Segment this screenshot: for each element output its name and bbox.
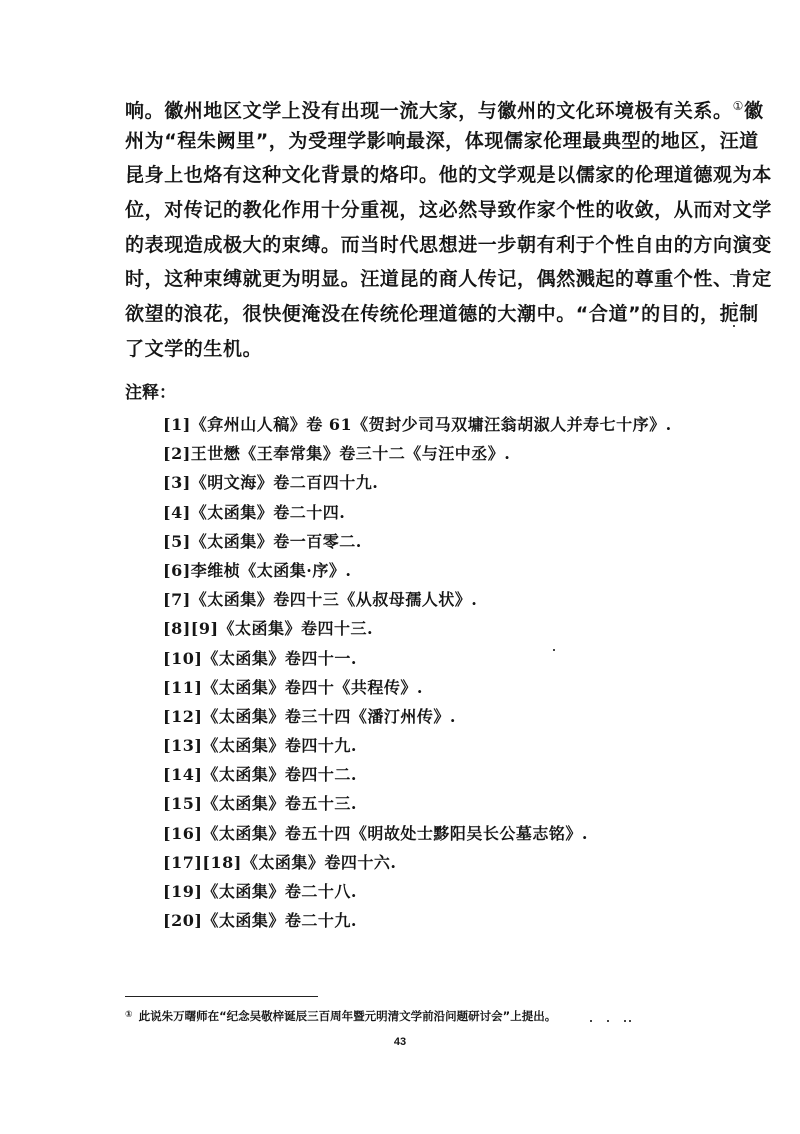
- body-line-1-trailing: 徽: [744, 100, 764, 122]
- note-item-14: [14]《太函集》卷四十二.: [163, 760, 672, 789]
- note-item-15: [15]《太函集》卷五十三.: [163, 789, 672, 818]
- page-number: 43: [0, 1036, 800, 1048]
- note-item-16: [16]《太函集》卷五十四《明故处士黟阳吴长公墓志铭》.: [163, 819, 672, 848]
- footnote-separator: [125, 996, 318, 997]
- body-line-1-text: 响。徽州地区文学上没有出现一流大家，与徽州的文化环境极有关系。: [125, 100, 733, 122]
- body-paragraph: 响。徽州地区文学上没有出现一流大家，与徽州的文化环境极有关系。①徽 州为“程朱阙…: [125, 89, 715, 367]
- body-line-7: 欲望的浪花，很快便淹没在传统伦理道德的大潮中。“合道”的目的，扼制: [125, 297, 715, 332]
- body-line-5: 的表现造成极大的束缚。而当时代思想进一步朝有利于个性自由的方向演变: [125, 228, 715, 263]
- scan-speck: [629, 1020, 631, 1022]
- footnote-text: 此说朱万曙师在“纪念吴敬梓诞辰三百周年暨元明清文学前沿问题研讨会”上提出。: [139, 1009, 557, 1023]
- scan-speck: [607, 1020, 609, 1022]
- notes-heading: 注释：: [125, 378, 176, 403]
- scan-speck: [733, 285, 735, 287]
- scan-speck: [590, 1020, 592, 1022]
- scan-speck: [733, 302, 735, 304]
- note-item-11: [11]《太函集》卷四十《共程传》.: [163, 673, 672, 702]
- note-item-6: [6]李维桢《太函集·序》.: [163, 556, 672, 585]
- note-item-8-9: [8][9]《太函集》卷四十三.: [163, 614, 672, 643]
- body-line-2: 州为“程朱阙里”，为受理学影响最深，体现儒家伦理最典型的地区，汪道: [125, 124, 715, 159]
- note-item-3: [3]《明文海》卷二百四十九.: [163, 468, 672, 497]
- note-item-5: [5]《太函集》卷一百零二.: [163, 527, 672, 556]
- note-item-4: [4]《太函集》卷二十四.: [163, 498, 672, 527]
- body-line-8: 了文学的生机。: [125, 332, 715, 367]
- body-line-3: 昆身上也烙有这种文化背景的烙印。他的文学观是以儒家的伦理道德观为本: [125, 158, 715, 193]
- document-page: 响。徽州地区文学上没有出现一流大家，与徽州的文化环境极有关系。①徽 州为“程朱阙…: [0, 0, 800, 1134]
- note-item-19: [19]《太函集》卷二十八.: [163, 877, 672, 906]
- scan-speck: [325, 284, 330, 285]
- footnote-ref-marker[interactable]: ①: [733, 99, 744, 113]
- footnote-marker: ①: [125, 1010, 133, 1020]
- body-line-4: 位，对传记的教化作用十分重视，这必然导致作家个性的收敛，从而对文学: [125, 193, 715, 228]
- note-item-12: [12]《太函集》卷三十四《潘汀州传》.: [163, 702, 672, 731]
- note-item-13: [13]《太函集》卷四十九.: [163, 731, 672, 760]
- note-item-17-18: [17][18]《太函集》卷四十六.: [163, 848, 672, 877]
- scan-speck: [730, 274, 738, 275]
- scan-speck: [624, 1020, 626, 1022]
- note-item-1: [1]《弇州山人稿》卷 61《贺封少司马双墉汪翁胡淑人并寿七十序》.: [163, 410, 672, 439]
- footnote: ①此说朱万曙师在“纪念吴敬梓诞辰三百周年暨元明清文学前沿问题研讨会”上提出。: [125, 1008, 556, 1024]
- scan-speck: [733, 325, 735, 327]
- scan-speck: [326, 318, 328, 320]
- note-item-20: [20]《太函集》卷二十九.: [163, 906, 672, 935]
- note-item-2: [2]王世懋《王奉常集》卷三十二《与汪中丞》.: [163, 439, 672, 468]
- note-item-10: [10]《太函集》卷四十一.: [163, 644, 672, 673]
- notes-list: [1]《弇州山人稿》卷 61《贺封少司马双墉汪翁胡淑人并寿七十序》. [2]王世…: [163, 410, 672, 935]
- note-item-7: [7]《太函集》卷四十三《从叔母孺人状》.: [163, 585, 672, 614]
- body-line-6: 时，这种束缚就更为明显。汪道昆的商人传记，偶然溅起的尊重个性、肯定: [125, 262, 715, 297]
- body-line-1: 响。徽州地区文学上没有出现一流大家，与徽州的文化环境极有关系。①徽: [125, 89, 715, 124]
